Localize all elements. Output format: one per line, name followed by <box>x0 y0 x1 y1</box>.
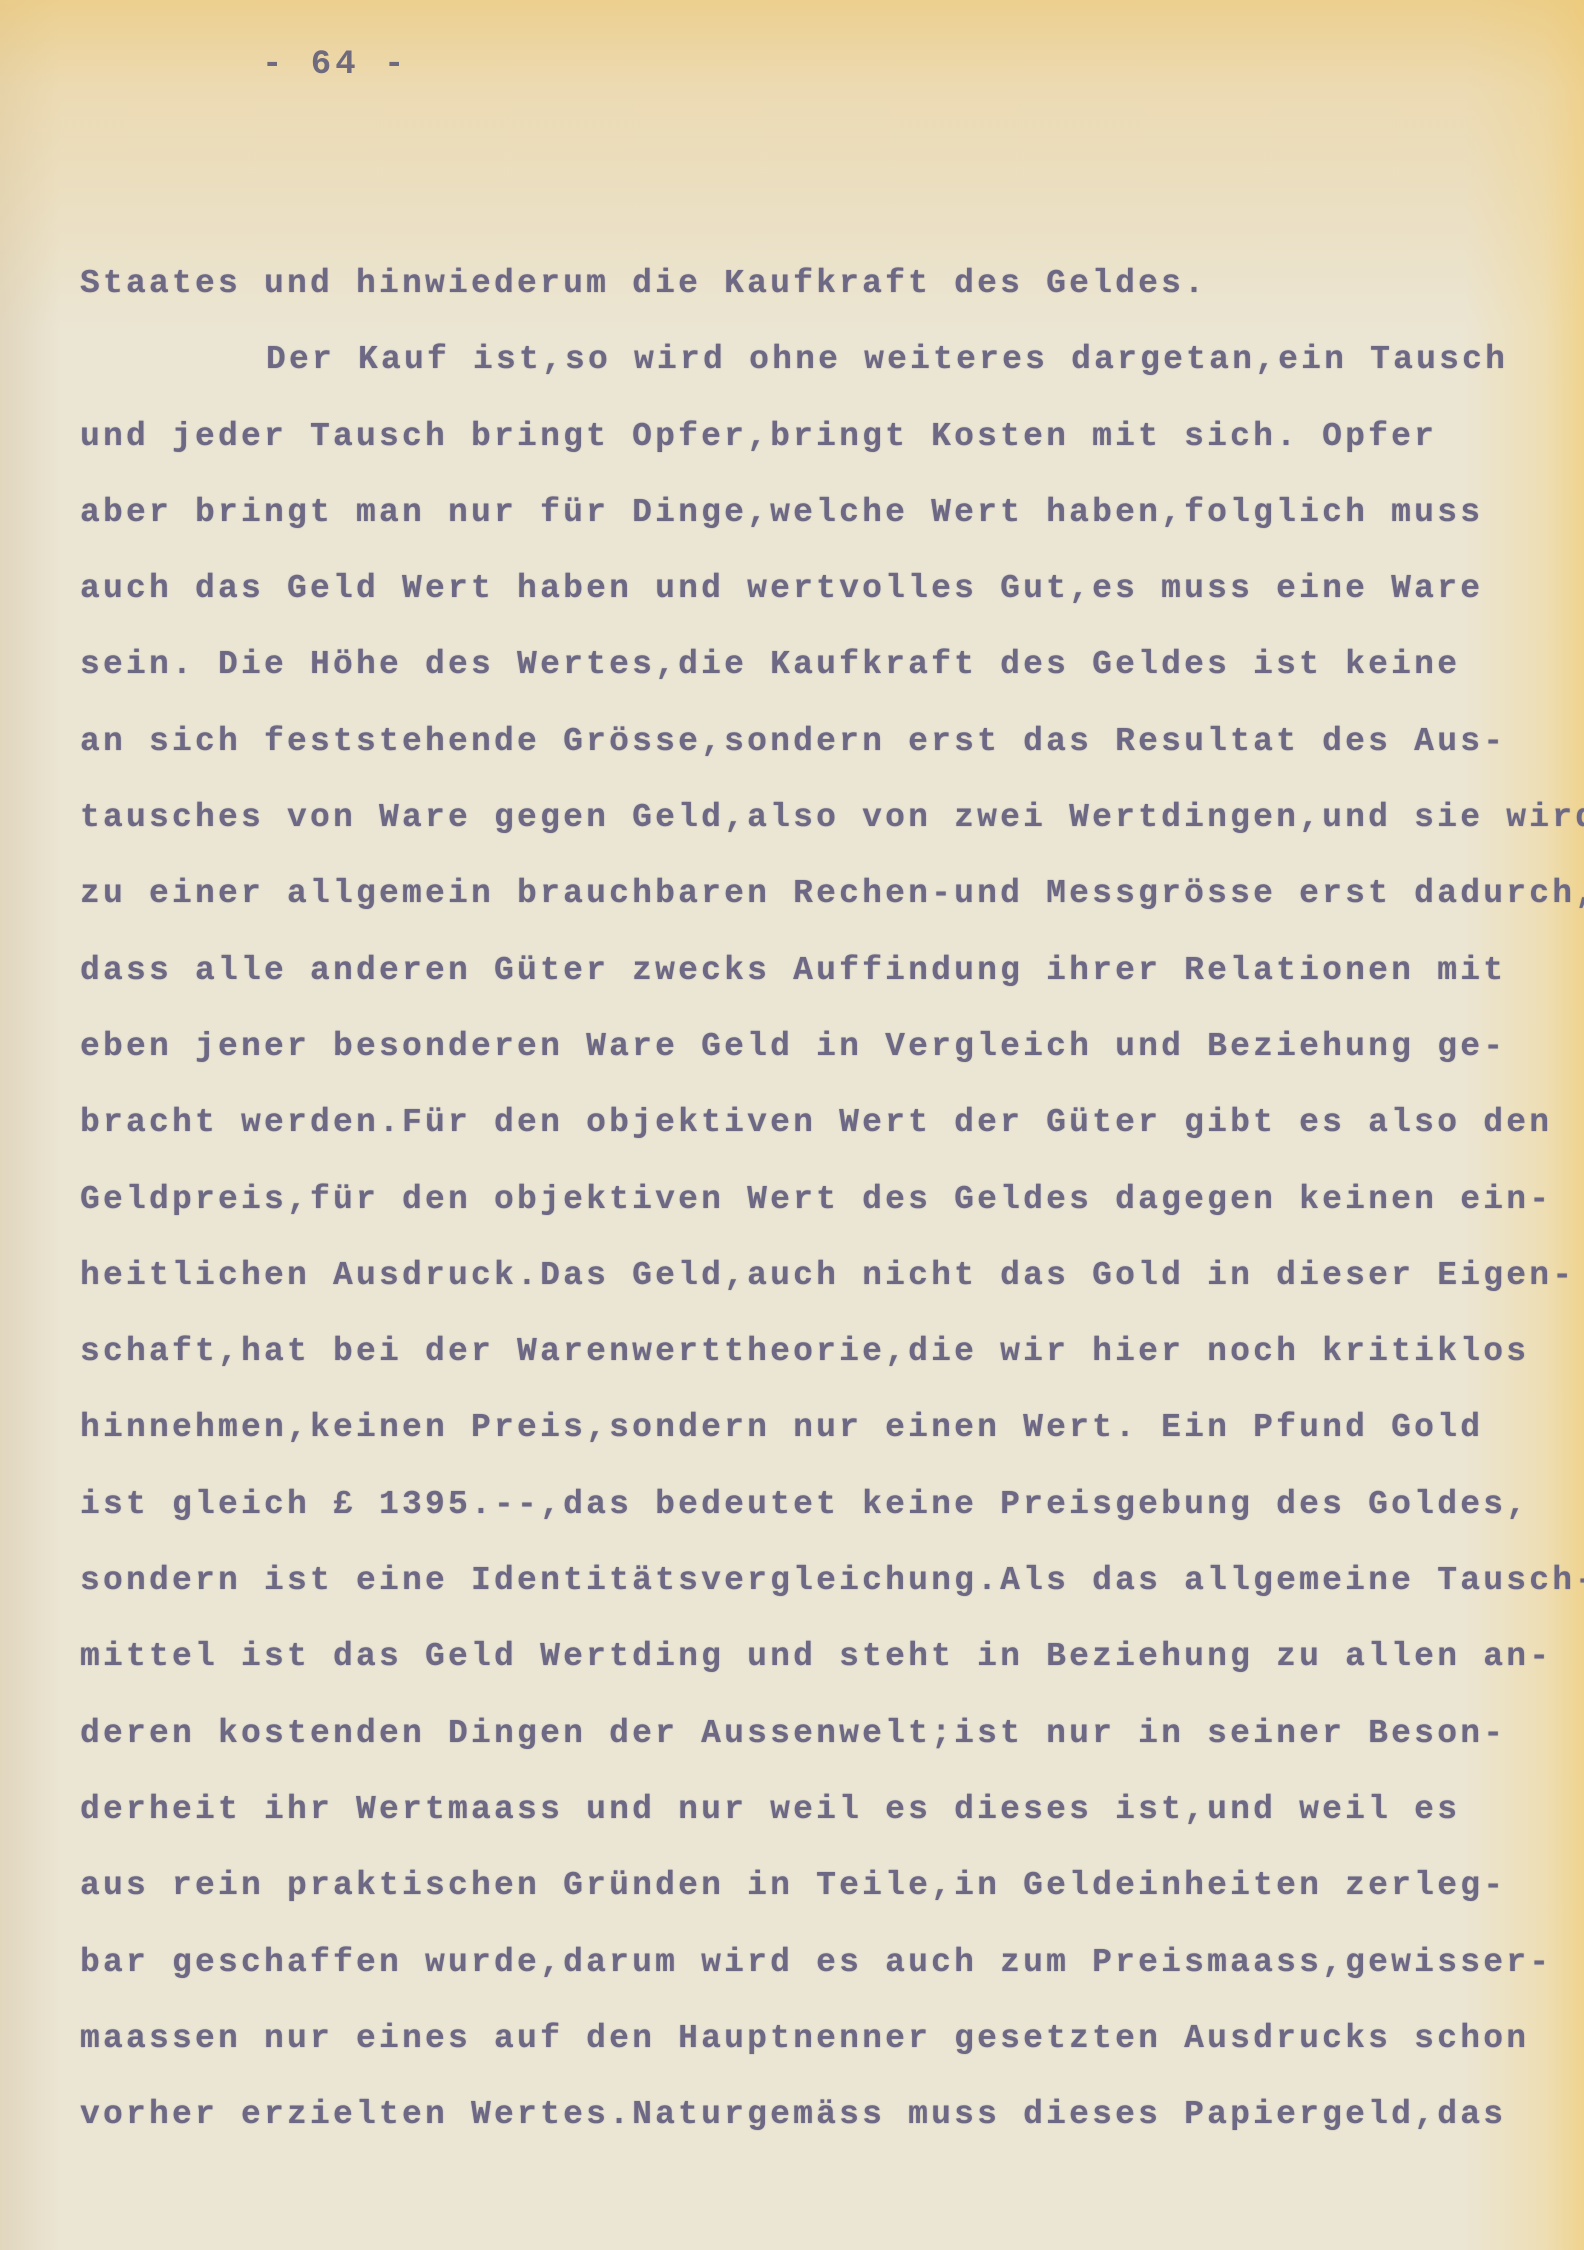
text-line: an sich feststehende Grösse,sondern erst… <box>80 720 1560 796</box>
text-line: hinnehmen,keinen Preis,sondern nur einen… <box>80 1406 1560 1482</box>
text-line: tausches von Ware gegen Geld,also von zw… <box>80 796 1560 872</box>
text-line: vorher erzielten Wertes.Naturgemäss muss… <box>80 2093 1560 2169</box>
text-line: zu einer allgemein brauchbaren Rechen-un… <box>80 872 1560 948</box>
text-line: ist gleich £ 1395.--,das bedeutet keine … <box>80 1483 1560 1559</box>
text-line: bracht werden.Für den objektiven Wert de… <box>80 1101 1560 1177</box>
text-line: sein. Die Höhe des Wertes,die Kaufkraft … <box>80 643 1560 719</box>
text-line: heitlichen Ausdruck.Das Geld,auch nicht … <box>80 1254 1560 1330</box>
text-line: eben jener besonderen Ware Geld in Vergl… <box>80 1025 1560 1101</box>
text-line: dass alle anderen Güter zwecks Auffindun… <box>80 949 1560 1025</box>
text-line: maassen nur eines auf den Hauptnenner ge… <box>80 2017 1560 2093</box>
page-number: - 64 - <box>262 46 408 84</box>
text-line: aus rein praktischen Gründen in Teile,in… <box>80 1864 1560 1940</box>
text-line: auch das Geld Wert haben und wertvolles … <box>80 567 1560 643</box>
text-line: derheit ihr Wertmaass und nur weil es di… <box>80 1788 1560 1864</box>
text-line: Staates und hinwiederum die Kaufkraft de… <box>80 262 1560 338</box>
text-line: mittel ist das Geld Wertding und steht i… <box>80 1635 1560 1711</box>
text-line: und jeder Tausch bringt Opfer,bringt Kos… <box>80 415 1560 491</box>
typewritten-body-text: Staates und hinwiederum die Kaufkraft de… <box>80 262 1560 2169</box>
text-line: sondern ist eine Identitätsvergleichung.… <box>80 1559 1560 1635</box>
text-line: aber bringt man nur für Dinge,welche Wer… <box>80 491 1560 567</box>
text-line: deren kostenden Dingen der Aussenwelt;is… <box>80 1712 1560 1788</box>
paper-page: - 64 - Staates und hinwiederum die Kaufk… <box>0 0 1584 2250</box>
text-line: schaft,hat bei der Warenwerttheorie,die … <box>80 1330 1560 1406</box>
text-line: Geldpreis,für den objektiven Wert des Ge… <box>80 1178 1560 1254</box>
text-line: bar geschaffen wurde,darum wird es auch … <box>80 1941 1560 2017</box>
text-line: Der Kauf ist,so wird ohne weiteres darge… <box>80 338 1560 414</box>
